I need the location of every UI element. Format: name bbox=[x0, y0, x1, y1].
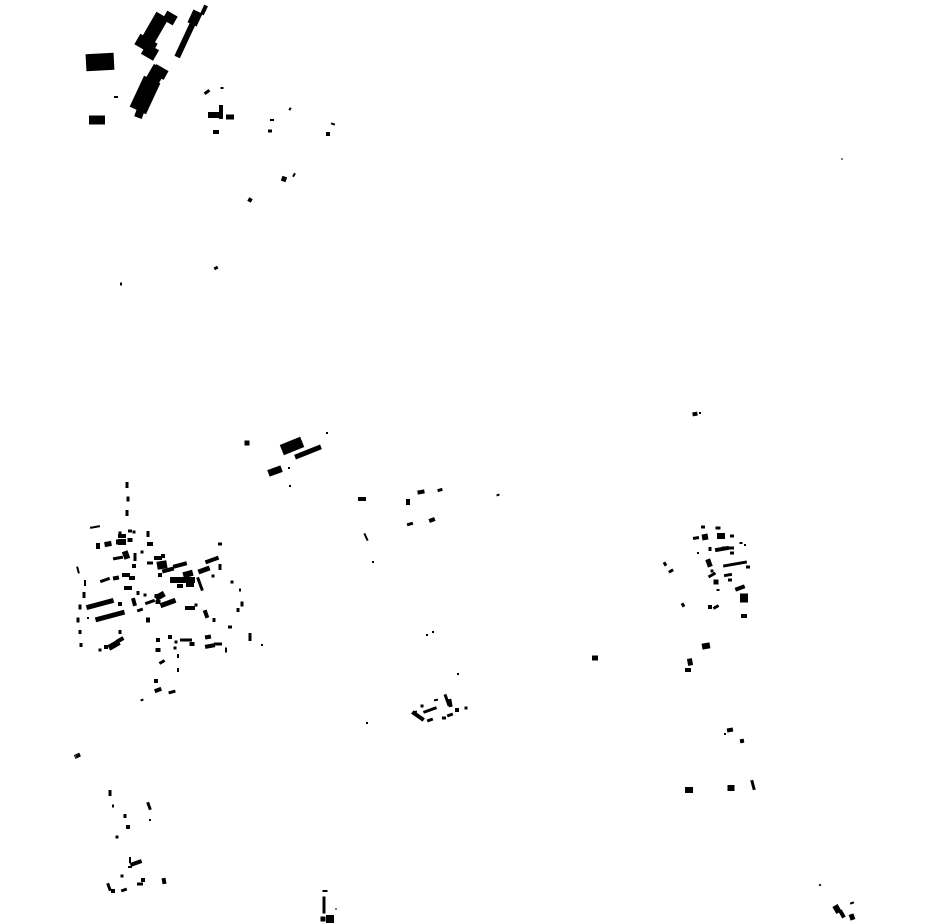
building-footprint bbox=[95, 610, 125, 623]
building-footprint bbox=[154, 679, 158, 683]
building-footprint bbox=[198, 566, 211, 575]
building-footprint bbox=[237, 608, 240, 612]
building-footprint bbox=[119, 630, 122, 634]
building-footprint bbox=[427, 718, 434, 723]
building-footprint bbox=[208, 112, 222, 118]
building-footprint bbox=[128, 866, 132, 868]
building-footprint bbox=[154, 556, 162, 560]
building-footprint bbox=[457, 673, 459, 675]
building-footprint bbox=[226, 115, 234, 120]
building-footprint bbox=[205, 643, 216, 649]
building-footprint bbox=[132, 564, 136, 568]
building-footprint bbox=[128, 538, 133, 542]
building-footprint bbox=[121, 888, 128, 893]
building-footprint bbox=[268, 130, 272, 133]
building-footprint bbox=[219, 564, 222, 570]
building-footprint bbox=[819, 884, 822, 887]
building-footprint bbox=[740, 594, 748, 603]
building-footprint bbox=[122, 573, 130, 577]
building-footprint bbox=[411, 710, 425, 721]
building-footprint bbox=[83, 592, 86, 598]
building-footprint bbox=[118, 534, 126, 538]
building-footprint bbox=[728, 579, 732, 582]
building-footprint bbox=[699, 412, 701, 414]
building-footprint bbox=[213, 130, 219, 134]
building-footprint bbox=[247, 197, 252, 202]
building-footprint bbox=[701, 526, 705, 529]
building-footprint bbox=[134, 553, 137, 561]
building-footprint bbox=[722, 547, 734, 550]
building-footprint bbox=[100, 577, 110, 583]
building-footprint bbox=[663, 562, 668, 567]
building-footprint bbox=[421, 705, 424, 708]
building-footprint bbox=[111, 889, 115, 893]
building-footprint bbox=[214, 266, 219, 271]
building-footprint bbox=[87, 617, 89, 619]
building-footprint bbox=[724, 573, 732, 577]
building-footprint bbox=[288, 107, 291, 111]
building-footprint bbox=[146, 618, 150, 623]
building-footprint bbox=[156, 638, 160, 642]
building-footprint bbox=[118, 539, 126, 545]
building-footprint bbox=[160, 598, 177, 608]
building-footprint bbox=[406, 499, 410, 505]
building-footprint bbox=[681, 603, 686, 608]
building-footprint bbox=[723, 560, 747, 567]
building-footprint bbox=[124, 814, 127, 818]
building-footprint bbox=[195, 604, 198, 607]
building-footprint bbox=[437, 488, 443, 492]
building-footprint bbox=[203, 610, 209, 619]
building-footprint bbox=[154, 591, 166, 601]
building-footprint bbox=[112, 805, 114, 808]
building-footprint bbox=[137, 591, 140, 595]
building-footprint bbox=[741, 614, 747, 618]
building-footprint bbox=[168, 690, 176, 695]
building-footprint bbox=[668, 568, 674, 573]
building-footprint bbox=[129, 576, 135, 580]
building-footprint bbox=[120, 283, 122, 286]
building-footprint bbox=[89, 116, 105, 125]
building-footprint bbox=[185, 606, 195, 610]
building-footprint bbox=[104, 541, 112, 547]
building-footprint bbox=[724, 733, 726, 735]
building-footprint bbox=[141, 878, 145, 882]
building-footprint bbox=[358, 497, 366, 501]
building-footprint bbox=[137, 883, 143, 886]
building-footprint bbox=[156, 600, 161, 604]
building-footprint bbox=[288, 467, 290, 469]
building-footprint bbox=[147, 542, 153, 546]
building-footprint bbox=[744, 544, 746, 546]
building-footprint bbox=[177, 668, 179, 672]
building-footprint bbox=[144, 594, 147, 597]
building-footprint bbox=[156, 648, 161, 652]
building-footprint bbox=[80, 643, 83, 647]
building-footprint bbox=[116, 836, 119, 839]
building-footprint bbox=[455, 708, 459, 712]
building-footprint bbox=[849, 913, 856, 920]
building-footprint bbox=[173, 561, 188, 568]
building-footprint bbox=[705, 558, 712, 567]
building-footprint bbox=[76, 566, 80, 573]
building-footprint bbox=[465, 707, 468, 710]
building-footprint bbox=[231, 581, 234, 584]
building-footprint bbox=[685, 669, 687, 671]
building-footprint bbox=[841, 159, 843, 160]
figure-ground-map bbox=[0, 0, 930, 924]
building-footprint bbox=[366, 722, 368, 724]
building-footprint bbox=[292, 173, 296, 177]
building-footprint bbox=[186, 583, 194, 587]
building-footprint bbox=[159, 659, 166, 665]
building-footprint bbox=[196, 577, 204, 591]
building-footprint bbox=[137, 608, 144, 613]
building-footprint bbox=[113, 556, 123, 561]
building-footprint bbox=[126, 482, 129, 488]
building-footprints-layer bbox=[0, 0, 930, 924]
building-footprint bbox=[717, 589, 720, 591]
building-footprint bbox=[146, 802, 152, 811]
building-footprint bbox=[200, 5, 208, 16]
building-footprint bbox=[249, 633, 252, 641]
building-footprint bbox=[168, 635, 172, 639]
building-footprint bbox=[156, 560, 167, 570]
building-footprint bbox=[714, 580, 719, 585]
building-footprint bbox=[702, 642, 711, 649]
building-footprint bbox=[685, 787, 693, 793]
building-footprint bbox=[175, 641, 178, 644]
building-footprint bbox=[716, 527, 721, 530]
building-footprint bbox=[77, 618, 80, 623]
building-footprint bbox=[326, 915, 334, 923]
building-footprint bbox=[126, 510, 129, 516]
building-footprint bbox=[363, 533, 368, 541]
building-footprint bbox=[205, 635, 212, 640]
building-footprint bbox=[331, 122, 335, 125]
building-footprint bbox=[730, 535, 734, 538]
building-footprint bbox=[154, 687, 162, 693]
building-footprint bbox=[687, 658, 693, 666]
building-footprint bbox=[221, 87, 224, 89]
building-footprint bbox=[423, 706, 437, 714]
building-footprint bbox=[104, 645, 108, 649]
building-footprint bbox=[711, 570, 714, 573]
building-footprint bbox=[267, 465, 283, 476]
building-footprint bbox=[177, 654, 179, 658]
building-footprint bbox=[850, 901, 854, 904]
building-footprint bbox=[693, 536, 699, 540]
building-footprint bbox=[96, 543, 100, 549]
building-footprint bbox=[145, 599, 155, 605]
building-footprint bbox=[214, 643, 222, 646]
building-footprint bbox=[442, 717, 446, 720]
building-footprint bbox=[90, 525, 100, 529]
building-footprint bbox=[124, 586, 132, 590]
building-footprint bbox=[697, 552, 699, 554]
building-footprint bbox=[708, 572, 716, 579]
building-footprint bbox=[177, 577, 195, 583]
building-footprint bbox=[118, 602, 122, 606]
building-footprint bbox=[133, 531, 136, 534]
building-footprint bbox=[79, 605, 82, 610]
building-footprint bbox=[212, 575, 215, 578]
building-footprint bbox=[79, 630, 82, 634]
building-footprint bbox=[735, 584, 746, 591]
building-footprint bbox=[245, 441, 250, 446]
building-footprint bbox=[218, 543, 222, 546]
building-footprint bbox=[99, 649, 102, 652]
building-footprint bbox=[261, 644, 263, 646]
building-footprint bbox=[740, 542, 743, 544]
building-footprint bbox=[114, 96, 118, 98]
building-footprint bbox=[86, 53, 115, 71]
building-footprint bbox=[746, 566, 750, 569]
building-footprint bbox=[728, 785, 735, 791]
building-footprint bbox=[321, 917, 326, 922]
building-footprint bbox=[225, 648, 227, 653]
building-footprint bbox=[161, 554, 165, 558]
building-footprint bbox=[241, 602, 244, 607]
building-footprint bbox=[740, 739, 745, 744]
building-footprint bbox=[106, 883, 112, 892]
building-footprint bbox=[213, 618, 216, 622]
building-footprint bbox=[113, 576, 120, 581]
building-footprint bbox=[372, 561, 374, 563]
building-footprint bbox=[727, 728, 734, 733]
building-footprint bbox=[709, 547, 712, 551]
building-footprint bbox=[126, 825, 130, 829]
building-footprint bbox=[84, 580, 86, 586]
building-footprint bbox=[434, 699, 438, 702]
building-footprint bbox=[281, 176, 287, 182]
building-footprint bbox=[162, 878, 167, 885]
building-footprint bbox=[174, 647, 177, 650]
building-footprint bbox=[335, 909, 337, 910]
building-footprint bbox=[713, 604, 720, 610]
building-footprint bbox=[432, 631, 434, 633]
building-footprint bbox=[692, 412, 698, 417]
building-footprint bbox=[326, 132, 330, 136]
building-footprint bbox=[270, 119, 274, 121]
building-footprint bbox=[496, 494, 500, 497]
building-footprint bbox=[204, 89, 211, 95]
building-footprint bbox=[428, 517, 435, 523]
building-footprint bbox=[592, 656, 598, 661]
building-footprint bbox=[130, 859, 143, 867]
building-footprint bbox=[447, 699, 452, 708]
building-footprint bbox=[323, 890, 328, 892]
building-footprint bbox=[417, 489, 425, 494]
building-footprint bbox=[158, 573, 162, 577]
building-footprint bbox=[228, 626, 232, 629]
building-footprint bbox=[182, 570, 193, 578]
building-footprint bbox=[205, 556, 220, 565]
building-footprint bbox=[147, 562, 153, 565]
building-footprint bbox=[177, 584, 183, 588]
building-footprint bbox=[131, 598, 137, 607]
building-footprint bbox=[180, 639, 192, 642]
building-footprint bbox=[239, 589, 241, 592]
building-footprint bbox=[717, 533, 725, 539]
building-footprint bbox=[128, 530, 132, 533]
building-footprint bbox=[129, 857, 131, 863]
building-footprint bbox=[121, 875, 124, 878]
building-footprint bbox=[86, 598, 114, 610]
building-footprint bbox=[141, 551, 144, 554]
building-footprint bbox=[147, 531, 150, 537]
building-footprint bbox=[326, 432, 328, 434]
building-footprint bbox=[708, 605, 712, 609]
building-footprint bbox=[190, 642, 195, 646]
building-footprint bbox=[447, 713, 454, 718]
building-footprint bbox=[750, 780, 755, 790]
building-footprint bbox=[407, 522, 414, 526]
building-footprint bbox=[702, 534, 709, 541]
building-footprint bbox=[426, 634, 428, 636]
building-footprint bbox=[149, 819, 151, 821]
building-footprint bbox=[323, 897, 326, 914]
building-footprint bbox=[109, 790, 112, 796]
building-footprint bbox=[289, 485, 291, 487]
building-footprint bbox=[730, 552, 734, 555]
building-footprint bbox=[140, 699, 144, 702]
building-footprint bbox=[127, 497, 130, 502]
